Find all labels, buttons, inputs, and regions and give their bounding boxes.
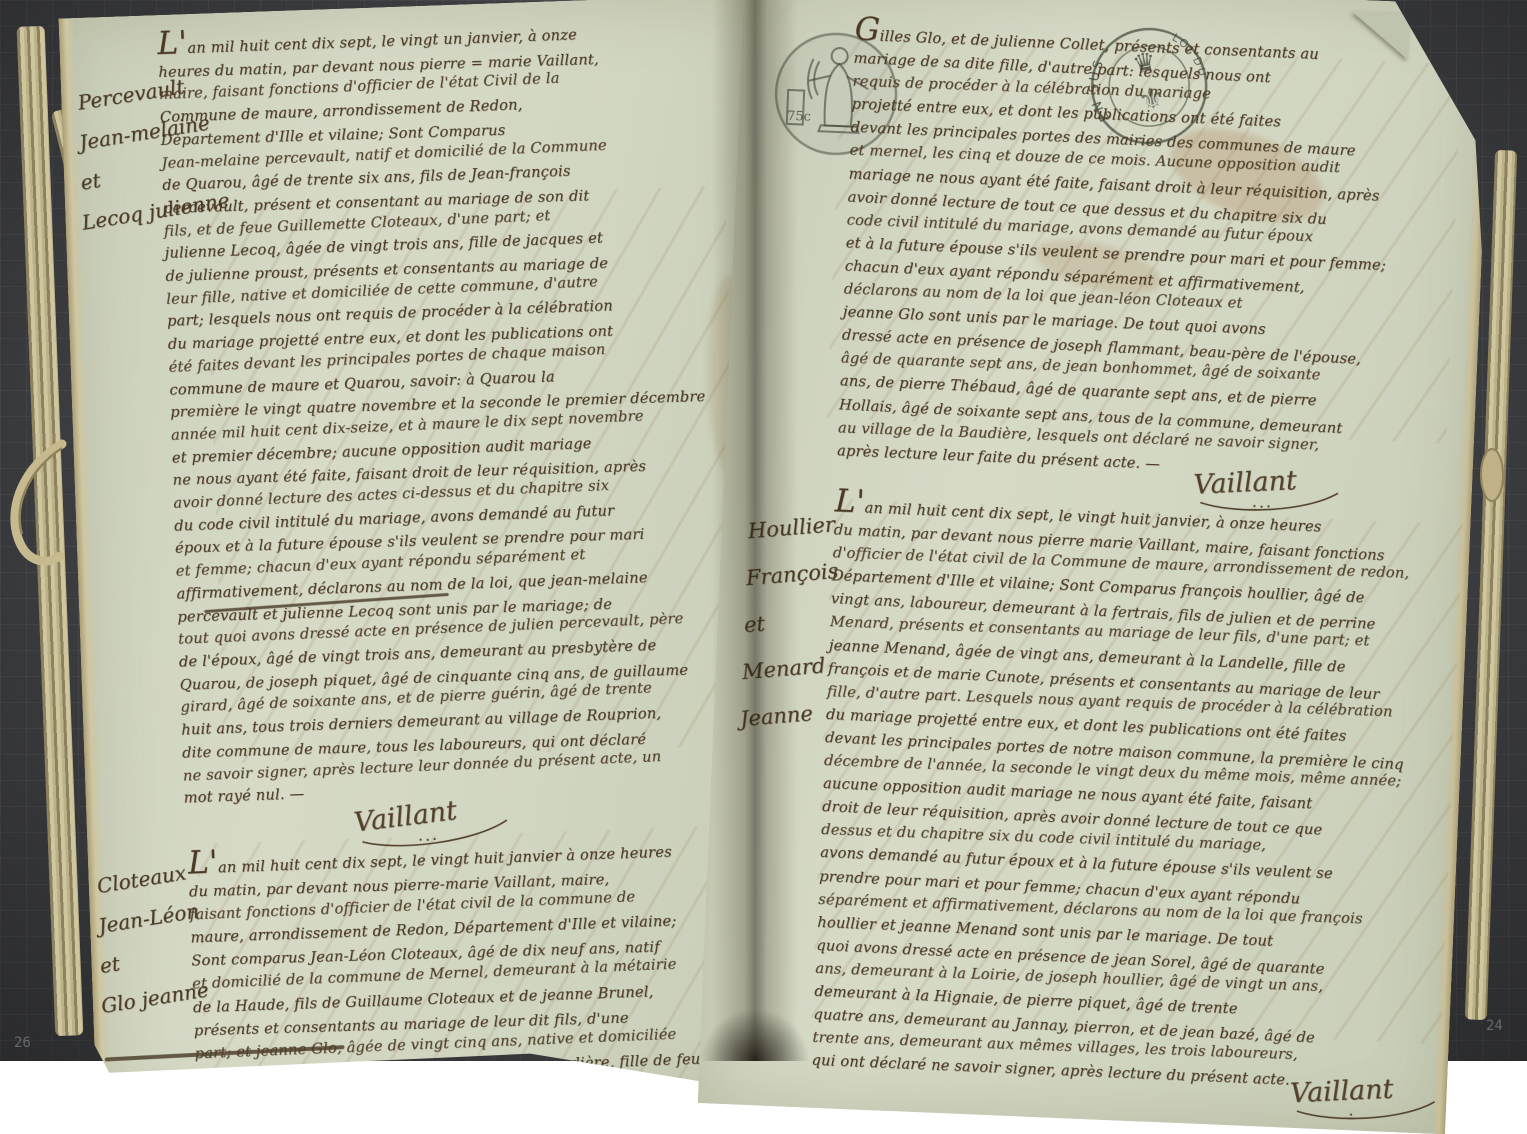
dog-ear-fold <box>1350 11 1410 59</box>
margin-name-line: Menard <box>740 642 836 696</box>
marriage-record-glo-continuation: Gilles Glo, et de julienne Collet, prése… <box>837 19 1455 488</box>
ruler-number-left: 26 <box>14 1035 31 1051</box>
book-bottom-shadow <box>700 1008 810 1061</box>
margin-name-line: et <box>742 595 838 649</box>
book-tie-left <box>2 438 74 608</box>
margin-name-line: Jeanne <box>738 689 834 743</box>
page-left: PercevaultJean-melaineetLecoq julienne L… <box>58 0 798 1061</box>
signature-text: Vaillant <box>1193 465 1298 501</box>
stamp-value-text: 75c <box>787 109 811 125</box>
book-tie-right <box>1478 440 1512 510</box>
ruler-number-right: 24 <box>1486 1018 1503 1034</box>
marriage-record-percevault-lecoq: L'an mil huit cent dix sept, le vingt un… <box>157 12 776 810</box>
margin-name-line: François <box>744 548 840 602</box>
page-right: 75c EN SUS LOI DU ♛ ⚜ Gilles Glo, et de … <box>698 0 1493 1061</box>
margin-name-line: Houllier <box>746 501 842 555</box>
marriage-record-houllier-menard: L'an mil huit cent dix sept, le vingt hu… <box>811 490 1465 1061</box>
